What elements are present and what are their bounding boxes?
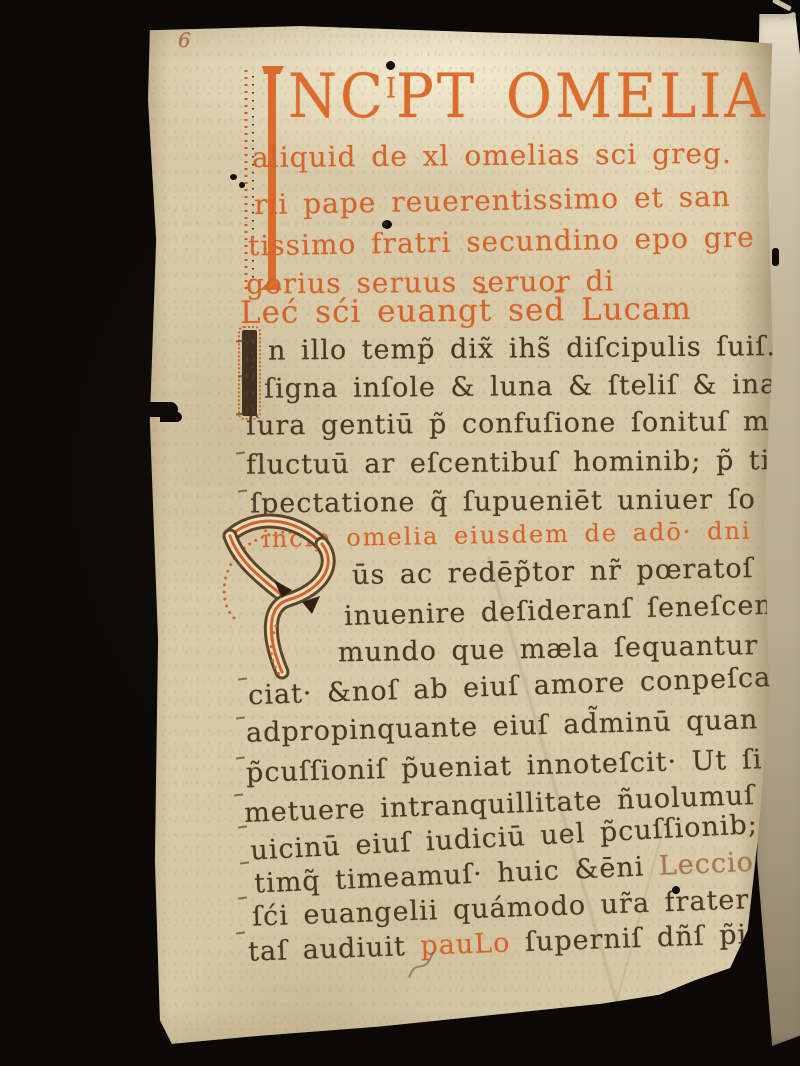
page-title: NCIPT OMELIARV SCARP <box>288 62 800 132</box>
homily-line: adpropinquante eiuſ ad̃minū quan <box>246 704 759 748</box>
margin-tick <box>236 716 245 719</box>
rubric-line: tissimo fratri secundino epo gre <box>248 221 755 263</box>
title-seg: NC <box>288 62 386 132</box>
gospel-initial-I <box>242 330 257 416</box>
margin-tick <box>238 896 247 899</box>
wormhole <box>672 886 680 894</box>
margin-tick <box>236 931 245 934</box>
gospel-line: ſigna inſole & luna & ſteliſ & inat̃riſ … <box>264 368 800 404</box>
rubric-line: aliquid de xl omelias sci greg. <box>252 137 732 174</box>
pen-flourish <box>406 948 436 982</box>
ink-spot <box>230 174 237 180</box>
wormhole <box>382 220 392 229</box>
homily-line: ūs ac redēp̃tor nr̃ pœratoſ noſ <box>352 552 800 591</box>
gospel-line: ſura gentiū p̃ confuſione ſonituſ mariſ … <box>246 405 800 441</box>
title-initial-I <box>240 60 286 298</box>
margin-tick <box>240 861 249 864</box>
wormhole <box>386 61 395 70</box>
edge-tear <box>160 412 182 422</box>
homily-text: taſ audiuit <box>248 931 421 968</box>
homily-line: inuenire deſideranſ ſeneſcentē <box>344 589 800 632</box>
margin-tick <box>234 793 243 796</box>
title-seg: PT <box>396 62 477 132</box>
rubric-line: rii pape reuerentissimo et san <box>254 180 731 221</box>
gospel-line: fluctuū ar eſcentibuſ hominib; p̃ timore… <box>246 444 800 481</box>
gospel-heading: Leć sći euangt̄ sed̄ Lucam <box>240 291 692 331</box>
title-seg: OMELIARV <box>506 62 800 132</box>
gospel-text: n illo temp̃ dix̃ ihs̃ diſcipulis ſuiſ. <box>268 331 776 366</box>
knotwork-initial-D <box>220 506 352 684</box>
margin-tick <box>238 489 247 492</box>
ink-spot <box>239 182 245 188</box>
title-small-letter: I <box>386 73 396 105</box>
gospel-line: n illo temp̃ dix̃ ihs̃ diſcipulis ſuiſ.E… <box>268 330 800 366</box>
manuscript-page: 6 NCIPT OMELIARV SCARP aliquid de xl ome… <box>148 22 776 1048</box>
edge-dark-mark <box>772 248 779 266</box>
homily-text: ſuperniſ dñſ p̃i <box>510 919 748 958</box>
margin-tick <box>236 451 245 454</box>
homily-line: mundo que mæla ſequantur denū <box>338 629 800 669</box>
folio-number: 6 <box>178 28 192 52</box>
margin-tick <box>236 756 245 759</box>
